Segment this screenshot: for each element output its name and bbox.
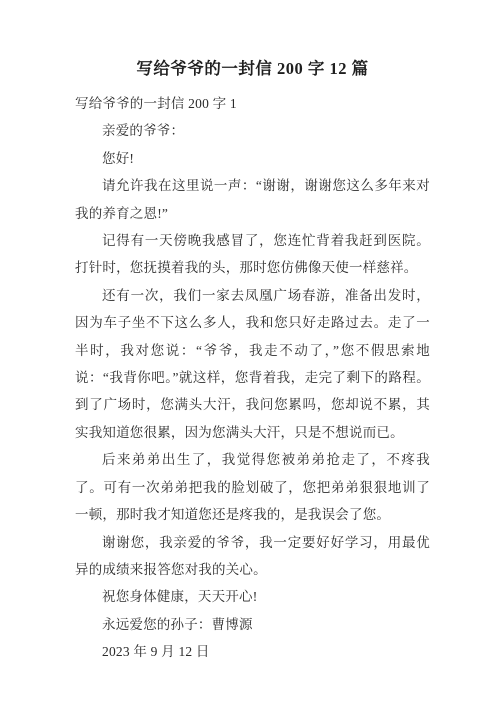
signature: 永远爱您的孙子：曹博源 — [75, 611, 430, 638]
section-heading: 写给爷爷的一封信 200 字 1 — [75, 90, 430, 117]
greeting: 您好! — [75, 145, 430, 172]
closing-wish: 祝您身体健康，天天开心! — [75, 583, 430, 610]
paragraph: 请允许我在这里说一声：“谢谢，谢谢您这么多年来对我的养育之恩!” — [75, 172, 430, 227]
paragraph: 后来弟弟出生了，我觉得您被弟弟抢走了，不疼我了。可有一次弟弟把我的脸划破了，您把… — [75, 446, 430, 528]
paragraph: 记得有一天傍晚我感冒了，您连忙背着我赶到医院。打针时，您抚摸着我的头，那时您仿佛… — [75, 227, 430, 282]
paragraph: 谢谢您，我亲爱的爷爷，我一定要好好学习，用最优异的成绩来报答您对我的关心。 — [75, 529, 430, 584]
date-line: 2023 年 9 月 12 日 — [75, 638, 430, 665]
paragraph: 还有一次，我们一家去凤凰广场春游，准备出发时，因为车子坐不下这么多人，我和您只好… — [75, 282, 430, 446]
document-page: 写给爷爷的一封信 200 字 12 篇 写给爷爷的一封信 200 字 1 亲爱的… — [0, 0, 500, 707]
salutation: 亲爱的爷爷： — [75, 117, 430, 144]
document-title: 写给爷爷的一封信 200 字 12 篇 — [75, 57, 430, 81]
